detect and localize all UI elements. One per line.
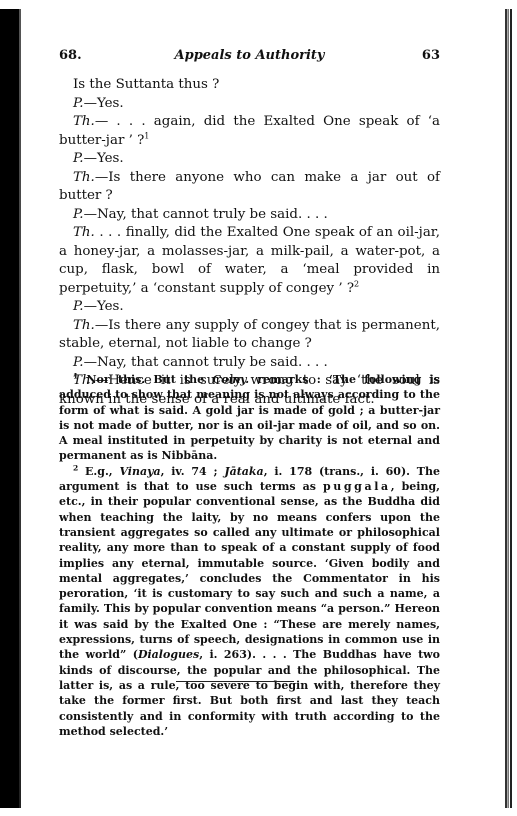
dialogue-paragraph: P.—Yes. xyxy=(59,95,440,114)
paragraph-text: —Nay, that cannot truly be said. . . . xyxy=(84,355,328,370)
dialogue-paragraph: Th.—Is there anyone who can make a jar o… xyxy=(59,169,440,206)
speaker-label: P. xyxy=(73,355,84,370)
end-rule xyxy=(176,681,294,682)
speaker-label: Th. xyxy=(73,318,95,333)
footnote-reference: 1 xyxy=(144,131,149,140)
speaker-label: Th. xyxy=(73,114,95,129)
italic-citation: Comy. xyxy=(212,373,249,386)
paragraph-text: — . . . again, did the Exalted One speak… xyxy=(59,114,440,148)
paragraph-text: —Nay, that cannot truly be said. . . . xyxy=(84,207,328,222)
italic-citation: Vinaya xyxy=(119,465,160,478)
paragraph-text: —Yes. xyxy=(84,151,124,166)
dialogue-paragraph: Th. . . . finally, did the Exalted One s… xyxy=(59,224,440,298)
spaced-term: puggala xyxy=(323,480,391,493)
footnotes: 1 Nor this. But the Comy. remarks : ‘The… xyxy=(59,372,440,739)
dialogue-paragraph: P.—Yes. xyxy=(59,298,440,317)
footnote-text: remarks : ‘The following is adduced to s… xyxy=(59,373,440,462)
italic-citation: Jātaka xyxy=(224,465,263,478)
paragraph-text: Is the Suttanta thus ? xyxy=(73,77,219,92)
paragraph-text: —Is there any supply of congey that is p… xyxy=(59,318,440,352)
speaker-label: P. xyxy=(73,151,84,166)
dialogue-paragraph: Is the Suttanta thus ? xyxy=(59,76,440,95)
footnote-text: , i. 263). . . . The Buddhas have two ki… xyxy=(59,648,440,737)
speaker-label: P. xyxy=(73,207,84,222)
footnote-reference: 2 xyxy=(354,279,359,288)
dialogue-paragraph: P.—Nay, that cannot truly be said. . . . xyxy=(59,354,440,373)
footnote: 1 Nor this. But the Comy. remarks : ‘The… xyxy=(59,372,440,464)
dialogue-paragraph: Th.— . . . again, did the Exalted One sp… xyxy=(59,113,440,150)
footnote-text: Nor this. But the xyxy=(86,373,212,386)
dialogue-paragraph: Th.—Is there any supply of congey that i… xyxy=(59,317,440,354)
dialogue-paragraph: P.—Yes. xyxy=(59,150,440,169)
footnote-mark: 2 xyxy=(73,463,78,472)
paragraph-text: —Is there anyone who can make a jar out … xyxy=(59,170,440,204)
italic-citation: Dialogues xyxy=(138,648,199,661)
speaker-label: Th. xyxy=(73,225,95,240)
dialogue-text: Is the Suttanta thus ?P.—Yes.Th.— . . . … xyxy=(59,76,440,409)
speaker-label: P. xyxy=(73,299,84,314)
paragraph-text: —Yes. xyxy=(84,299,124,314)
dialogue-paragraph: P.—Nay, that cannot truly be said. . . . xyxy=(59,206,440,225)
page-edge-right xyxy=(505,9,513,808)
speaker-label: Th. xyxy=(73,170,95,185)
paragraph-text: —Yes. xyxy=(84,96,124,111)
running-head: 68. Appeals to Authority 63 xyxy=(59,48,440,66)
footnote-text: , being, etc., in their popular conventi… xyxy=(59,480,440,661)
footnote: 2 E.g., Vinaya, iv. 74 ; Jātaka, i. 178 … xyxy=(59,464,440,739)
footnote-mark: 1 xyxy=(73,371,78,380)
footnote-text: E.g., xyxy=(85,465,119,478)
footnote-text: , iv. 74 ; xyxy=(161,465,225,478)
book-spine-shadow xyxy=(0,9,19,808)
paragraph-text: . . . finally, did the Exalted One speak… xyxy=(59,225,440,296)
page-number: 63 xyxy=(422,48,440,63)
speaker-label: P. xyxy=(73,96,84,111)
chapter-title: Appeals to Authority xyxy=(59,48,440,63)
